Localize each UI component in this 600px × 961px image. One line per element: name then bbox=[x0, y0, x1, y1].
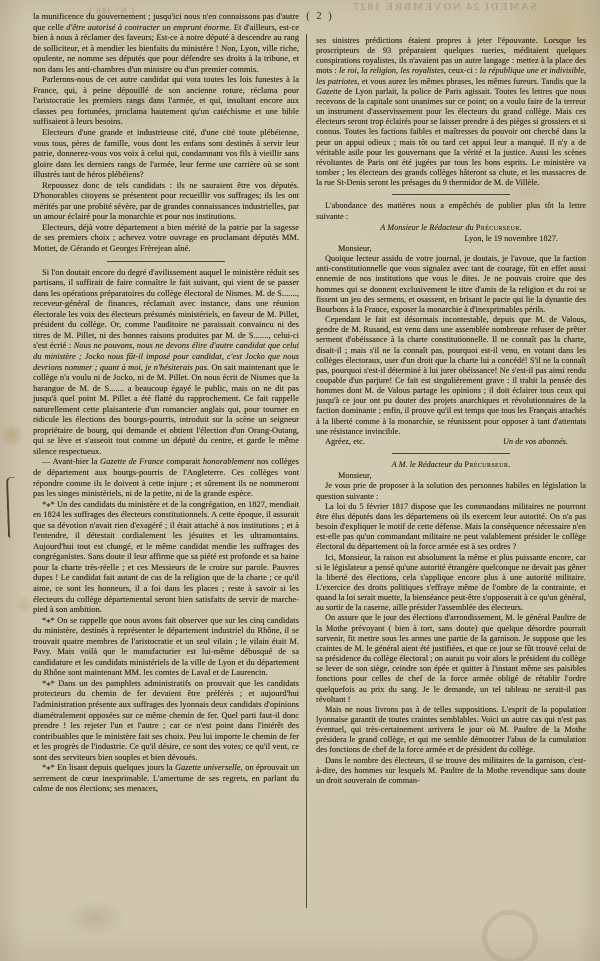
text-segment: , et vous aurez les mêmes phrases, les m… bbox=[357, 77, 586, 86]
section-divider bbox=[392, 453, 510, 454]
text-segment: Gazette bbox=[316, 87, 341, 96]
journal-name: Précurseur bbox=[476, 223, 520, 232]
text-segment: Monsieur, bbox=[338, 471, 372, 480]
article-paragraph: Parlerons-nous de cet autre candidat qui… bbox=[33, 75, 299, 128]
letter-paragraph: Cependant le fait est désormais incontes… bbox=[316, 315, 586, 437]
text-segment: *⁎* Un des candidats du ministère et de … bbox=[33, 500, 299, 614]
article-paragraph: ses sinistres prédictions étaient propre… bbox=[316, 36, 586, 188]
text-segment: *⁎* En lisant depuis quelques jours la bbox=[42, 763, 175, 772]
letter-paragraph: Dans le nombre des électeurs, il se trou… bbox=[316, 756, 586, 786]
journal-name: Précurseur bbox=[464, 460, 508, 469]
article-paragraph: *⁎* Un des candidats du ministère et de … bbox=[33, 500, 299, 616]
text-segment: Gazette universelle bbox=[175, 763, 241, 772]
text-segment: Si l'on doutait encore du degré d'avilis… bbox=[33, 268, 299, 351]
text-segment: On assure que le jour des élections d'ar… bbox=[316, 613, 586, 703]
article-paragraph: la munificence du gouvernement ; jusqu'i… bbox=[33, 12, 299, 75]
column-right: ses sinistres prédictions étaient propre… bbox=[316, 36, 586, 786]
article-paragraph: Electeurs, déjà votre département a bien… bbox=[33, 223, 299, 255]
letter-paragraph: On assure que le jour des élections d'ar… bbox=[316, 613, 586, 704]
section-divider bbox=[392, 194, 510, 195]
text-segment: Electeurs, déjà votre département a bien… bbox=[33, 223, 299, 253]
letter-paragraph: Quoique lecteur assidu de votre journal,… bbox=[316, 254, 586, 315]
text-segment: On sait maintenant que le collège n'a vo… bbox=[33, 363, 299, 456]
article-paragraph: — Avant-hier la Gazette de France compar… bbox=[33, 457, 299, 499]
text-segment: Monsieur, bbox=[338, 244, 372, 253]
text-segment: honorablement bbox=[203, 457, 254, 466]
signature-closing: Agréez, etc. bbox=[325, 437, 365, 447]
letter-paragraph: Mais ne nous livrons pas à de telles sup… bbox=[316, 705, 586, 756]
text-segment: le roi, la religion, les royalistes bbox=[339, 66, 444, 75]
text-segment: Repoussez donc de tels candidats : ils n… bbox=[33, 181, 299, 222]
article-paragraph: L'abondance des matières nous a empêchés… bbox=[316, 201, 586, 221]
text-segment: *⁎* Dans un des pamphlets administratifs… bbox=[33, 679, 299, 762]
section-divider bbox=[107, 261, 225, 262]
text-segment: , ceux-ci : bbox=[444, 66, 480, 75]
newspaper-page: SAMEDI 24 NOVEMBRE 1827 ( N° 380 ) ( 2 )… bbox=[0, 0, 600, 961]
text-segment: A M. le Rédacteur du bbox=[392, 460, 465, 469]
text-segment: A Monsieur le Rédacteur du bbox=[380, 223, 476, 232]
text-segment: — Avant-hier la bbox=[42, 457, 100, 466]
text-segment: . bbox=[508, 460, 510, 469]
letter-heading: A Monsieur le Rédacteur du Précurseur. bbox=[316, 223, 586, 233]
article-paragraph: Electeurs d'une grande et industrieuse c… bbox=[33, 128, 299, 181]
column-divider bbox=[306, 34, 307, 908]
text-segment: Gazette de France bbox=[100, 457, 164, 466]
text-segment: Quoique lecteur assidu de votre journal,… bbox=[316, 254, 586, 314]
text-segment: Mais ne nous livrons pas à de telles sup… bbox=[316, 705, 586, 755]
text-segment: Ici, Monsieur, la raison est absolument … bbox=[316, 553, 586, 613]
signature-author: Un de vos abonnés. bbox=[503, 437, 568, 447]
article-paragraph: Repoussez donc de tels candidats : ils n… bbox=[33, 181, 299, 223]
column-left: la munificence du gouvernement ; jusqu'i… bbox=[33, 12, 299, 795]
text-segment: Electeurs d'une grande et industrieuse c… bbox=[33, 128, 299, 179]
article-paragraph: Si l'on doutait encore du degré d'avilis… bbox=[33, 268, 299, 458]
salutation: Monsieur, bbox=[316, 244, 586, 254]
margin-ink-mark bbox=[6, 477, 17, 538]
dateline: Lyon, le 19 novembre 1827. bbox=[316, 234, 586, 244]
letter-paragraph: Ici, Monsieur, la raison est absolument … bbox=[316, 553, 586, 614]
letter-paragraph: Je vous prie de proposer à la solution d… bbox=[316, 481, 586, 501]
text-segment: L'abondance des matières nous a empêchés… bbox=[316, 201, 586, 220]
text-segment: Je vous prie de proposer à la solution d… bbox=[316, 481, 586, 500]
salutation: Monsieur, bbox=[316, 471, 586, 481]
text-segment: Cependant le fait est désormais incontes… bbox=[316, 315, 586, 436]
text-segment: d'être autorisé à contracter un emprunt … bbox=[66, 23, 231, 32]
article-paragraph: *⁎* Dans un des pamphlets administratifs… bbox=[33, 679, 299, 763]
text-segment: . bbox=[520, 223, 522, 232]
text-segment: Dans le nombre des électeurs, il se trou… bbox=[316, 756, 586, 785]
letter-heading: A M. le Rédacteur du Précurseur. bbox=[316, 460, 586, 470]
stamp-mark bbox=[482, 910, 538, 961]
bleedthrough-text: SAMEDI 24 NOVEMBRE 1827 bbox=[352, 1, 537, 13]
text-segment: Parlerons-nous de cet autre candidat qui… bbox=[33, 75, 299, 126]
text-segment: comparait bbox=[164, 457, 203, 466]
letter-paragraph: La loi du 5 février 1817 dispose que les… bbox=[316, 502, 586, 553]
article-paragraph: *⁎* En lisant depuis quelques jours la G… bbox=[33, 763, 299, 795]
text-segment: de Lyon parlait, la police de Paris agis… bbox=[316, 87, 586, 187]
signature-line: Agréez, etc.Un de vos abonnés. bbox=[316, 437, 586, 447]
text-segment: La loi du 5 février 1817 dispose que les… bbox=[316, 502, 586, 552]
text-segment: *⁎* On se rappelle que nous avons fait o… bbox=[33, 616, 299, 678]
text-segment: Lyon, le 19 novembre 1827. bbox=[464, 234, 558, 243]
article-paragraph: *⁎* On se rappelle que nous avons fait o… bbox=[33, 616, 299, 679]
